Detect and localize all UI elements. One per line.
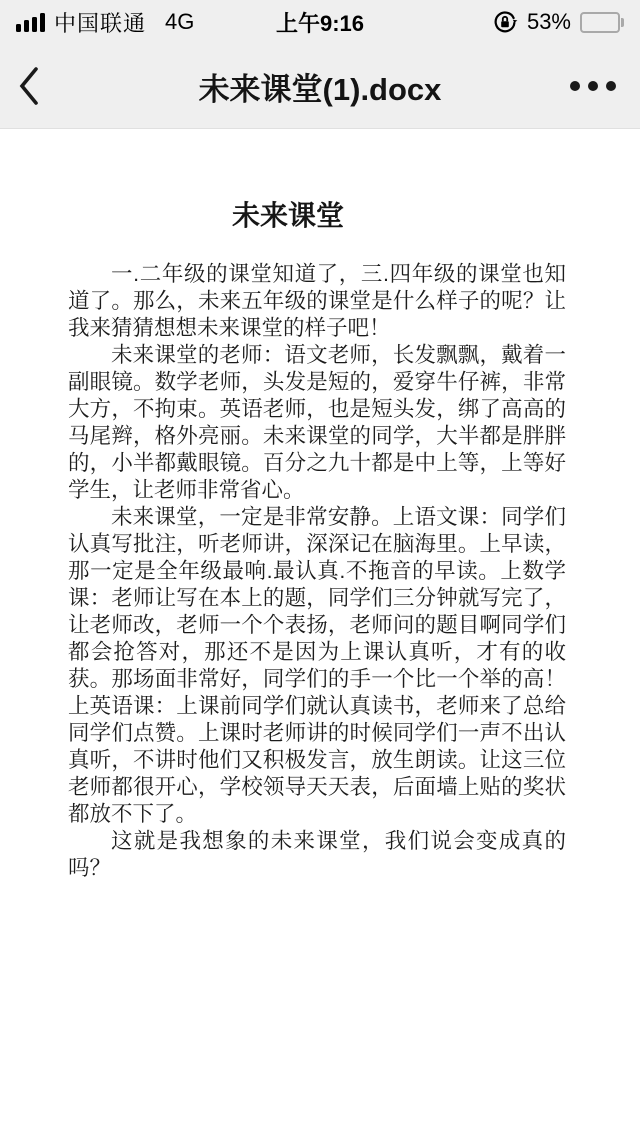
network-type-label: 4G xyxy=(165,9,194,35)
rotation-lock-icon xyxy=(492,9,518,35)
battery-percent-label: 53% xyxy=(527,9,571,35)
document-title: 未来课堂 xyxy=(0,199,608,233)
status-left-group: 中国联通 4G xyxy=(16,7,194,38)
battery-icon xyxy=(580,12,624,33)
document-paragraph: 这就是我想象的未来课堂，我们说会变成真的吗？ xyxy=(68,828,566,882)
ellipsis-icon xyxy=(570,81,580,91)
status-right-group: 53% xyxy=(492,9,624,35)
carrier-label: 中国联通 xyxy=(54,7,146,38)
status-bar: 中国联通 4G 上午9:16 53% xyxy=(0,0,640,44)
document-body: 一.二年级的课堂知道了，三.四年级的课堂也知道了。那么，未来五年级的课堂是什么样… xyxy=(0,261,640,882)
document-paragraph: 未来课堂的老师：语文老师，长发飘飘，戴着一副眼镜。数学老师，头发是短的，爱穿牛仔… xyxy=(68,342,566,504)
top-chrome: 中国联通 4G 上午9:16 53% 未来课堂(1).docx xyxy=(0,0,640,129)
signal-strength-icon xyxy=(16,13,45,32)
file-title: 未来课堂(1).docx xyxy=(0,64,640,109)
chevron-left-icon xyxy=(18,65,40,107)
document-scroll-area[interactable]: 未来课堂 一.二年级的课堂知道了，三.四年级的课堂也知道了。那么，未来五年级的课… xyxy=(0,129,640,1136)
back-button[interactable] xyxy=(18,44,78,128)
more-options-button[interactable] xyxy=(570,44,616,128)
document-paragraph: 未来课堂，一定是非常安静。上语文课：同学们认真写批注，听老师讲，深深记在脑海里。… xyxy=(68,504,566,828)
document-paragraph: 一.二年级的课堂知道了，三.四年级的课堂也知道了。那么，未来五年级的课堂是什么样… xyxy=(68,261,566,342)
nav-bar: 未来课堂(1).docx xyxy=(0,44,640,128)
